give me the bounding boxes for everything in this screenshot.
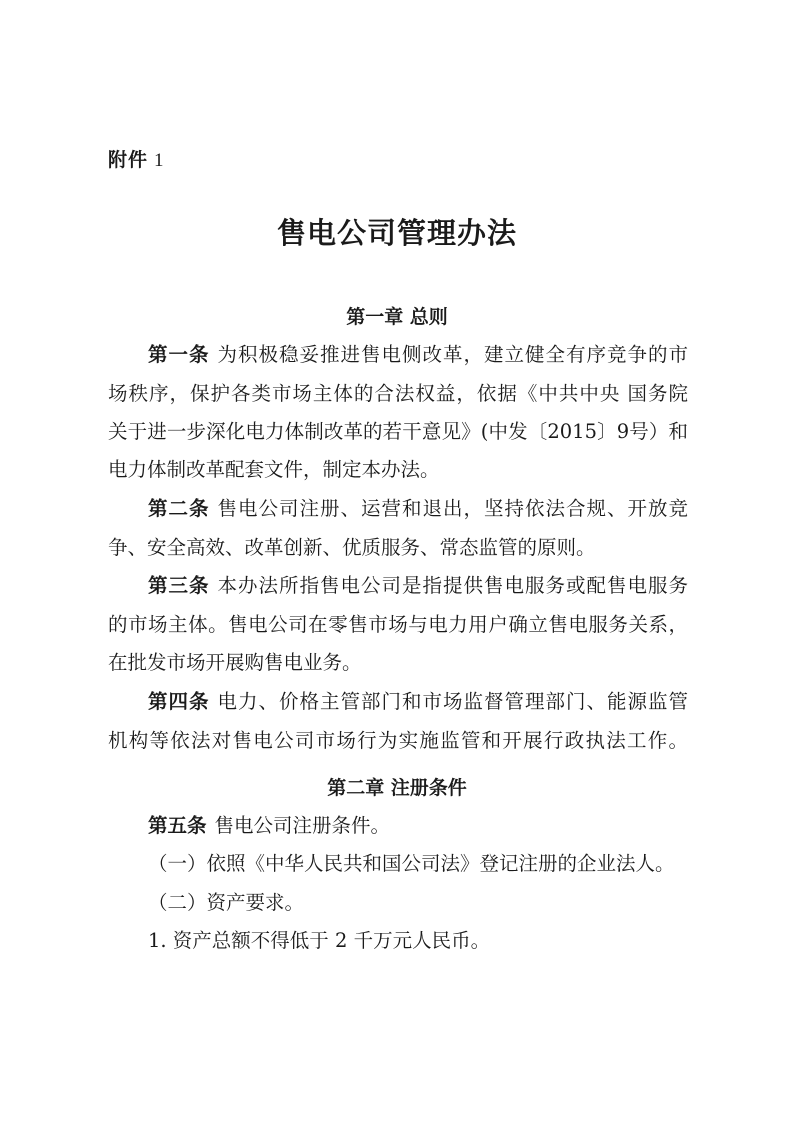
item-2-sub-1: 1. 资产总额不得低于 2 千万元人民币。 [148, 927, 688, 955]
article-1-line-3: 关于进一步深化电力体制改革的若干意见》(中发〔2015〕9号）和 [108, 418, 688, 446]
document-page: 附件1 售电公司管理办法 第一章 总则 第一条为积极稳妥推进售电侧改革，建立健全… [0, 0, 794, 1123]
article-3-line-2: 的市场主体。售电公司在零售市场与电力用户确立售电服务关系， [108, 611, 688, 639]
article-4-line-2: 机构等依法对售电公司市场行为实施监管和开展行政执法工作。 [108, 727, 688, 755]
article-label: 第三条 [148, 574, 210, 597]
attachment-label: 附件1 [108, 145, 165, 172]
article-text: 电力、价格主管部门和市场监督管理部门、能源监管 [218, 690, 688, 713]
article-1-line-2: 场秩序，保护各类市场主体的合法权益，依据《中共中央 国务院 [108, 380, 688, 408]
item-2: （二）资产要求。 [148, 889, 688, 917]
article-text: 售电公司注册、运营和退出，坚持依法合规、开放竞 [218, 497, 688, 520]
article-text: 售电公司注册条件。 [215, 814, 391, 837]
article-3-line-3: 在批发市场开展购售电业务。 [108, 649, 688, 677]
article-4-line-1: 第四条电力、价格主管部门和市场监督管理部门、能源监管 [148, 688, 688, 716]
article-text: 为积极稳妥推进售电侧改革，建立健全有序竞争的市 [218, 343, 688, 366]
article-text: 本办法所指售电公司是指提供售电服务或配售电服务 [218, 574, 688, 597]
article-3-line-1: 第三条本办法所指售电公司是指提供售电服务或配售电服务 [148, 572, 688, 600]
article-label: 第四条 [148, 690, 210, 713]
item-1: （一）依照《中华人民共和国公司法》登记注册的企业法人。 [148, 850, 688, 878]
article-2-line-2: 争、安全高效、改革创新、优质服务、常态监管的原则。 [108, 534, 688, 562]
chapter-heading-1: 第一章 总则 [0, 302, 794, 329]
article-1-line-4: 电力体制改革配套文件，制定本办法。 [108, 456, 688, 484]
article-1-line-1: 第一条为积极稳妥推进售电侧改革，建立健全有序竞争的市 [148, 341, 688, 369]
attachment-label-text: 附件 [108, 149, 148, 171]
article-label: 第五条 [148, 814, 207, 837]
document-title: 售电公司管理办法 [0, 211, 794, 252]
article-2-line-1: 第二条售电公司注册、运营和退出，坚持依法合规、开放竞 [148, 495, 688, 523]
article-label: 第一条 [148, 343, 210, 366]
article-label: 第二条 [148, 497, 210, 520]
chapter-heading-2: 第二章 注册条件 [0, 773, 794, 800]
attachment-number: 1 [154, 150, 165, 171]
article-5-line-1: 第五条售电公司注册条件。 [148, 812, 688, 840]
